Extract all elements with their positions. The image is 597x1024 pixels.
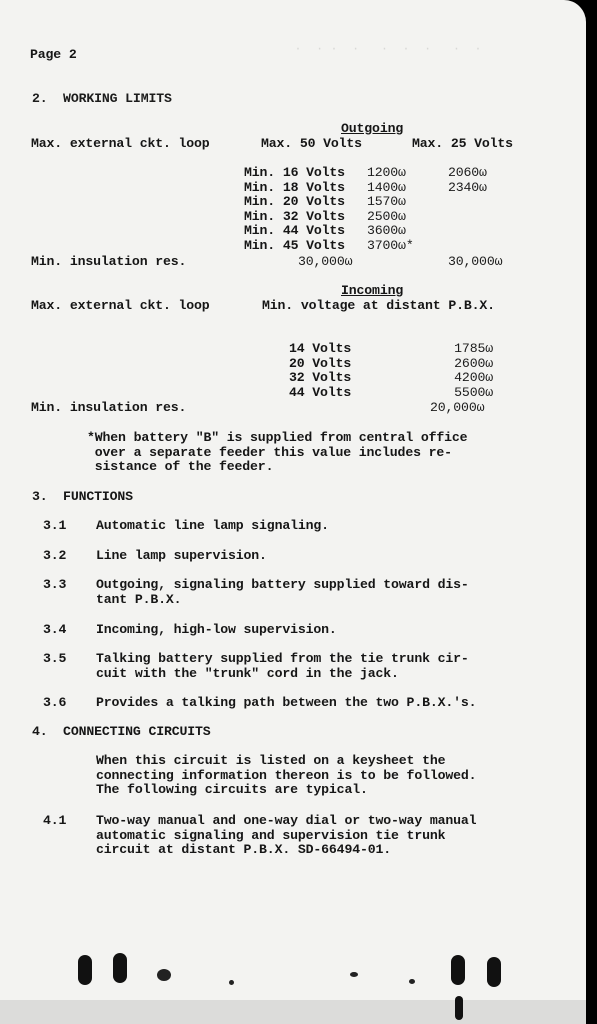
function-text: Talking battery supplied from the tie tr… (96, 652, 469, 667)
intro-line: connecting information thereon is to be … (96, 769, 476, 784)
incoming-value: 2600ω (454, 357, 493, 372)
incoming-row-label: 44 Volts (289, 386, 351, 401)
incoming-row-label: Max. external ckt. loop (31, 299, 210, 314)
incoming-insulation-label: Min. insulation res. (31, 401, 186, 416)
function-text: tant P.B.X. (96, 593, 181, 608)
binder-hole (113, 953, 127, 983)
scan-speck (157, 969, 171, 981)
circuit-text: Two-way manual and one-way dial or two-w… (96, 814, 476, 829)
function-number: 3.4 (43, 623, 66, 638)
page-label: Page 2 (30, 48, 77, 63)
incoming-row-label: 20 Volts (289, 357, 351, 372)
incoming-insulation-value: 20,000ω (430, 401, 484, 416)
function-text: cuit with the "trunk" cord in the jack. (96, 667, 399, 682)
outgoing-col-25v-header: Max. 25 Volts (412, 137, 513, 152)
function-number: 3.3 (43, 578, 66, 593)
outgoing-value-50v: 1570ω (367, 195, 406, 210)
function-text: Automatic line lamp signaling. (96, 519, 329, 534)
outgoing-insulation-50v: 30,000ω (298, 255, 352, 270)
outgoing-row-label: Min. 32 Volts (244, 210, 345, 225)
document-page: · · · · · · · · · Page 2 2. WORKING LIMI… (0, 0, 586, 1024)
outgoing-value-50v: 2500ω (367, 210, 406, 225)
circuit-text: automatic signaling and supervision tie … (96, 829, 445, 844)
incoming-value: 1785ω (454, 342, 493, 357)
function-text: Outgoing, signaling battery supplied tow… (96, 578, 469, 593)
scan-speck (229, 980, 234, 985)
incoming-value: 4200ω (454, 371, 493, 386)
circuit-text: circuit at distant P.B.X. SD-66494-01. (96, 843, 391, 858)
function-text: Provides a talking path between the two … (96, 696, 476, 711)
outgoing-row-label: Min. 20 Volts (244, 195, 345, 210)
incoming-col-header: Min. voltage at distant P.B.X. (262, 299, 495, 314)
function-text: Line lamp supervision. (96, 549, 267, 564)
function-number: 3.6 (43, 696, 66, 711)
incoming-value: 5500ω (454, 386, 493, 401)
intro-line: The following circuits are typical. (96, 783, 368, 798)
outgoing-row-label: Min. 44 Volts (244, 224, 345, 239)
outgoing-value-25v: 2060ω (448, 166, 487, 181)
binder-hole (78, 955, 92, 985)
outgoing-value-50v: 1200ω (367, 166, 406, 181)
section-3-heading: 3. FUNCTIONS (32, 490, 133, 505)
function-number: 3.5 (43, 652, 66, 667)
scan-speck (409, 979, 415, 984)
outgoing-row-label: Min. 16 Volts (244, 166, 345, 181)
section-4-heading: 4. CONNECTING CIRCUITS (32, 725, 211, 740)
outgoing-value-50v: 1400ω (367, 181, 406, 196)
outgoing-value-25v: 2340ω (448, 181, 487, 196)
bleed-through-text: · · · · · · · · · (280, 42, 482, 56)
incoming-row-label: 32 Volts (289, 371, 351, 386)
footnote-line: over a separate feeder this value includ… (87, 446, 452, 461)
outgoing-row-label: Max. external ckt. loop (31, 137, 210, 152)
outgoing-insulation-25v: 30,000ω (448, 255, 502, 270)
outgoing-col-50v-header: Max. 50 Volts (261, 137, 362, 152)
outgoing-insulation-label: Min. insulation res. (31, 255, 186, 270)
intro-line: When this circuit is listed on a keyshee… (96, 754, 445, 769)
function-number: 3.1 (43, 519, 66, 534)
binder-hole (487, 957, 501, 987)
outgoing-row-label: Min. 18 Volts (244, 181, 345, 196)
outgoing-title: Outgoing (341, 122, 403, 137)
binder-hole (455, 996, 463, 1020)
section-2-heading: 2. WORKING LIMITS (32, 92, 172, 107)
incoming-title: Incoming (341, 284, 403, 299)
scan-speck (350, 972, 358, 977)
outgoing-row-label: Min. 45 Volts (244, 239, 345, 254)
function-number: 3.2 (43, 549, 66, 564)
incoming-row-label: 14 Volts (289, 342, 351, 357)
footnote-line: *When battery "B" is supplied from centr… (87, 431, 467, 446)
function-text: Incoming, high-low supervision. (96, 623, 337, 638)
outgoing-value-50v: 3600ω (367, 224, 406, 239)
outgoing-value-50v: 3700ω* (367, 239, 414, 254)
footnote-line: sistance of the feeder. (87, 460, 273, 475)
binder-hole (451, 955, 465, 985)
circuit-number: 4.1 (43, 814, 66, 829)
